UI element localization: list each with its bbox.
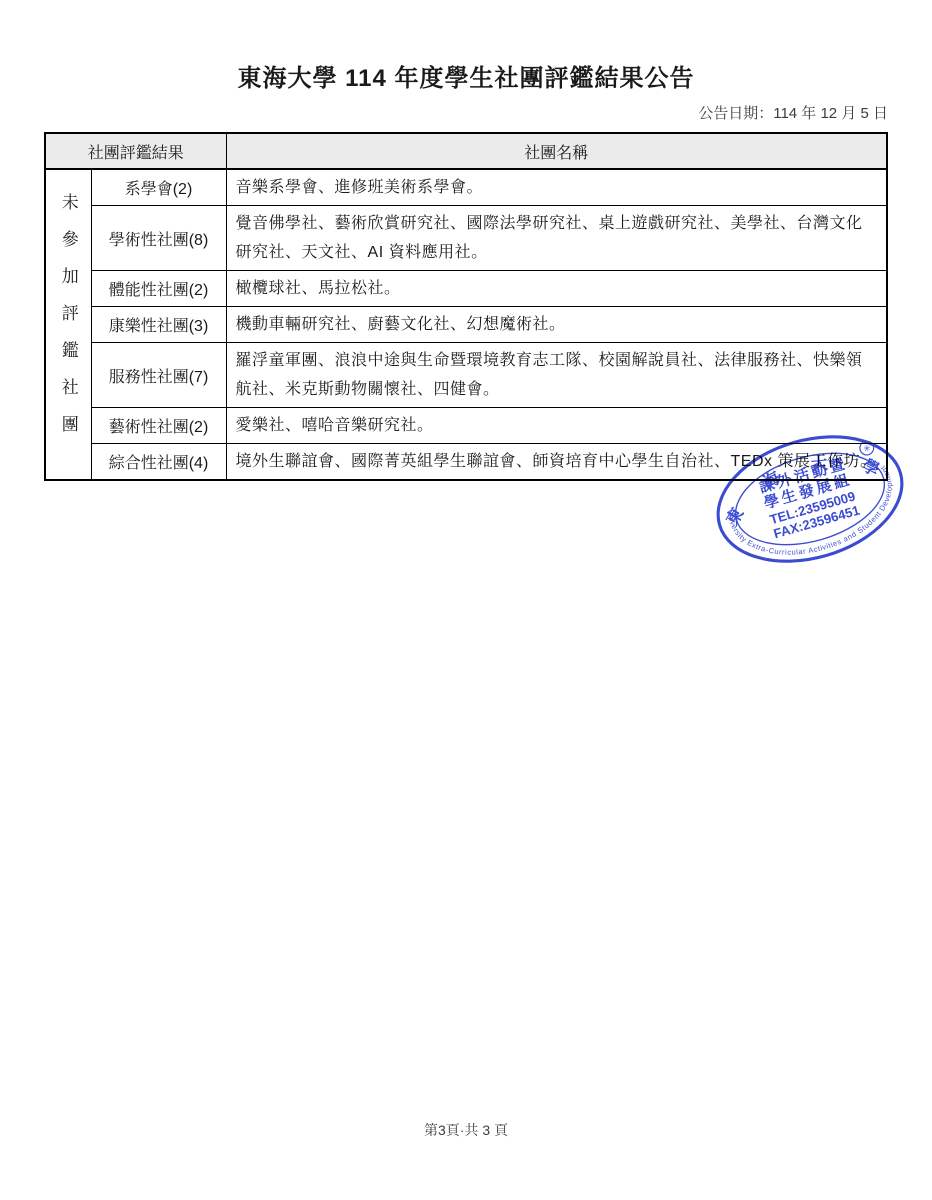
page-footer: 第3頁·共 3 頁 <box>0 1120 932 1140</box>
category-cell: 服務性社團(7) <box>91 343 226 408</box>
clubs-cell: 橄欖球社、馬拉松社。 <box>226 271 887 307</box>
group-label-cell: 未參加評鑑社團 <box>45 169 91 480</box>
table-row: 學術性社團(8)覺音佛學社、藝術欣賞研究社、國際法學研究社、桌上遊戲研究社、美學… <box>45 206 887 271</box>
table-header-row: 社團評鑑結果 社團名稱 <box>45 133 887 169</box>
table-row: 服務性社團(7)羅浮童軍團、浪浪中途與生命暨環境教育志工隊、校園解說員社、法律服… <box>45 343 887 408</box>
document-page: 東海大學 114 年度學生社團評鑑結果公告 公告日期：114 年 12 月 5 … <box>0 0 932 1200</box>
category-cell: 學術性社團(8) <box>91 206 226 271</box>
clubs-cell: 愛樂社、嘻哈音樂研究社。 <box>226 408 887 444</box>
clubs-cell: 音樂系學會、進修班美術系學會。 <box>226 169 887 206</box>
category-cell: 系學會(2) <box>91 169 226 206</box>
clubs-cell: 機動車輛研究社、廚藝文化社、幻想魔術社。 <box>226 307 887 343</box>
category-cell: 康樂性社團(3) <box>91 307 226 343</box>
group-label: 未參加評鑑社團 <box>60 193 77 452</box>
announce-date: 公告日期：114 年 12 月 5 日 <box>698 102 888 123</box>
table-row: 藝術性社團(2)愛樂社、嘻哈音樂研究社。 <box>45 408 887 444</box>
table-row: 體能性社團(2)橄欖球社、馬拉松社。 <box>45 271 887 307</box>
evaluation-table: 社團評鑑結果 社團名稱 未參加評鑑社團系學會(2)音樂系學會、進修班美術系學會。… <box>44 132 888 481</box>
category-cell: 藝術性社團(2) <box>91 408 226 444</box>
page-title: 東海大學 114 年度學生社團評鑑結果公告 <box>0 58 932 93</box>
header-evaluation-result: 社團評鑑結果 <box>45 133 226 169</box>
clubs-cell: 覺音佛學社、藝術欣賞研究社、國際法學研究社、桌上遊戲研究社、美學社、台灣文化研究… <box>226 206 887 271</box>
category-cell: 綜合性社團(4) <box>91 444 226 481</box>
clubs-cell: 羅浮童軍團、浪浪中途與生命暨環境教育志工隊、校園解說員社、法律服務社、快樂領航社… <box>226 343 887 408</box>
category-cell: 體能性社團(2) <box>91 271 226 307</box>
table-row: 未參加評鑑社團系學會(2)音樂系學會、進修班美術系學會。 <box>45 169 887 206</box>
header-club-name: 社團名稱 <box>226 133 887 169</box>
table-row: 康樂性社團(3)機動車輛研究社、廚藝文化社、幻想魔術社。 <box>45 307 887 343</box>
